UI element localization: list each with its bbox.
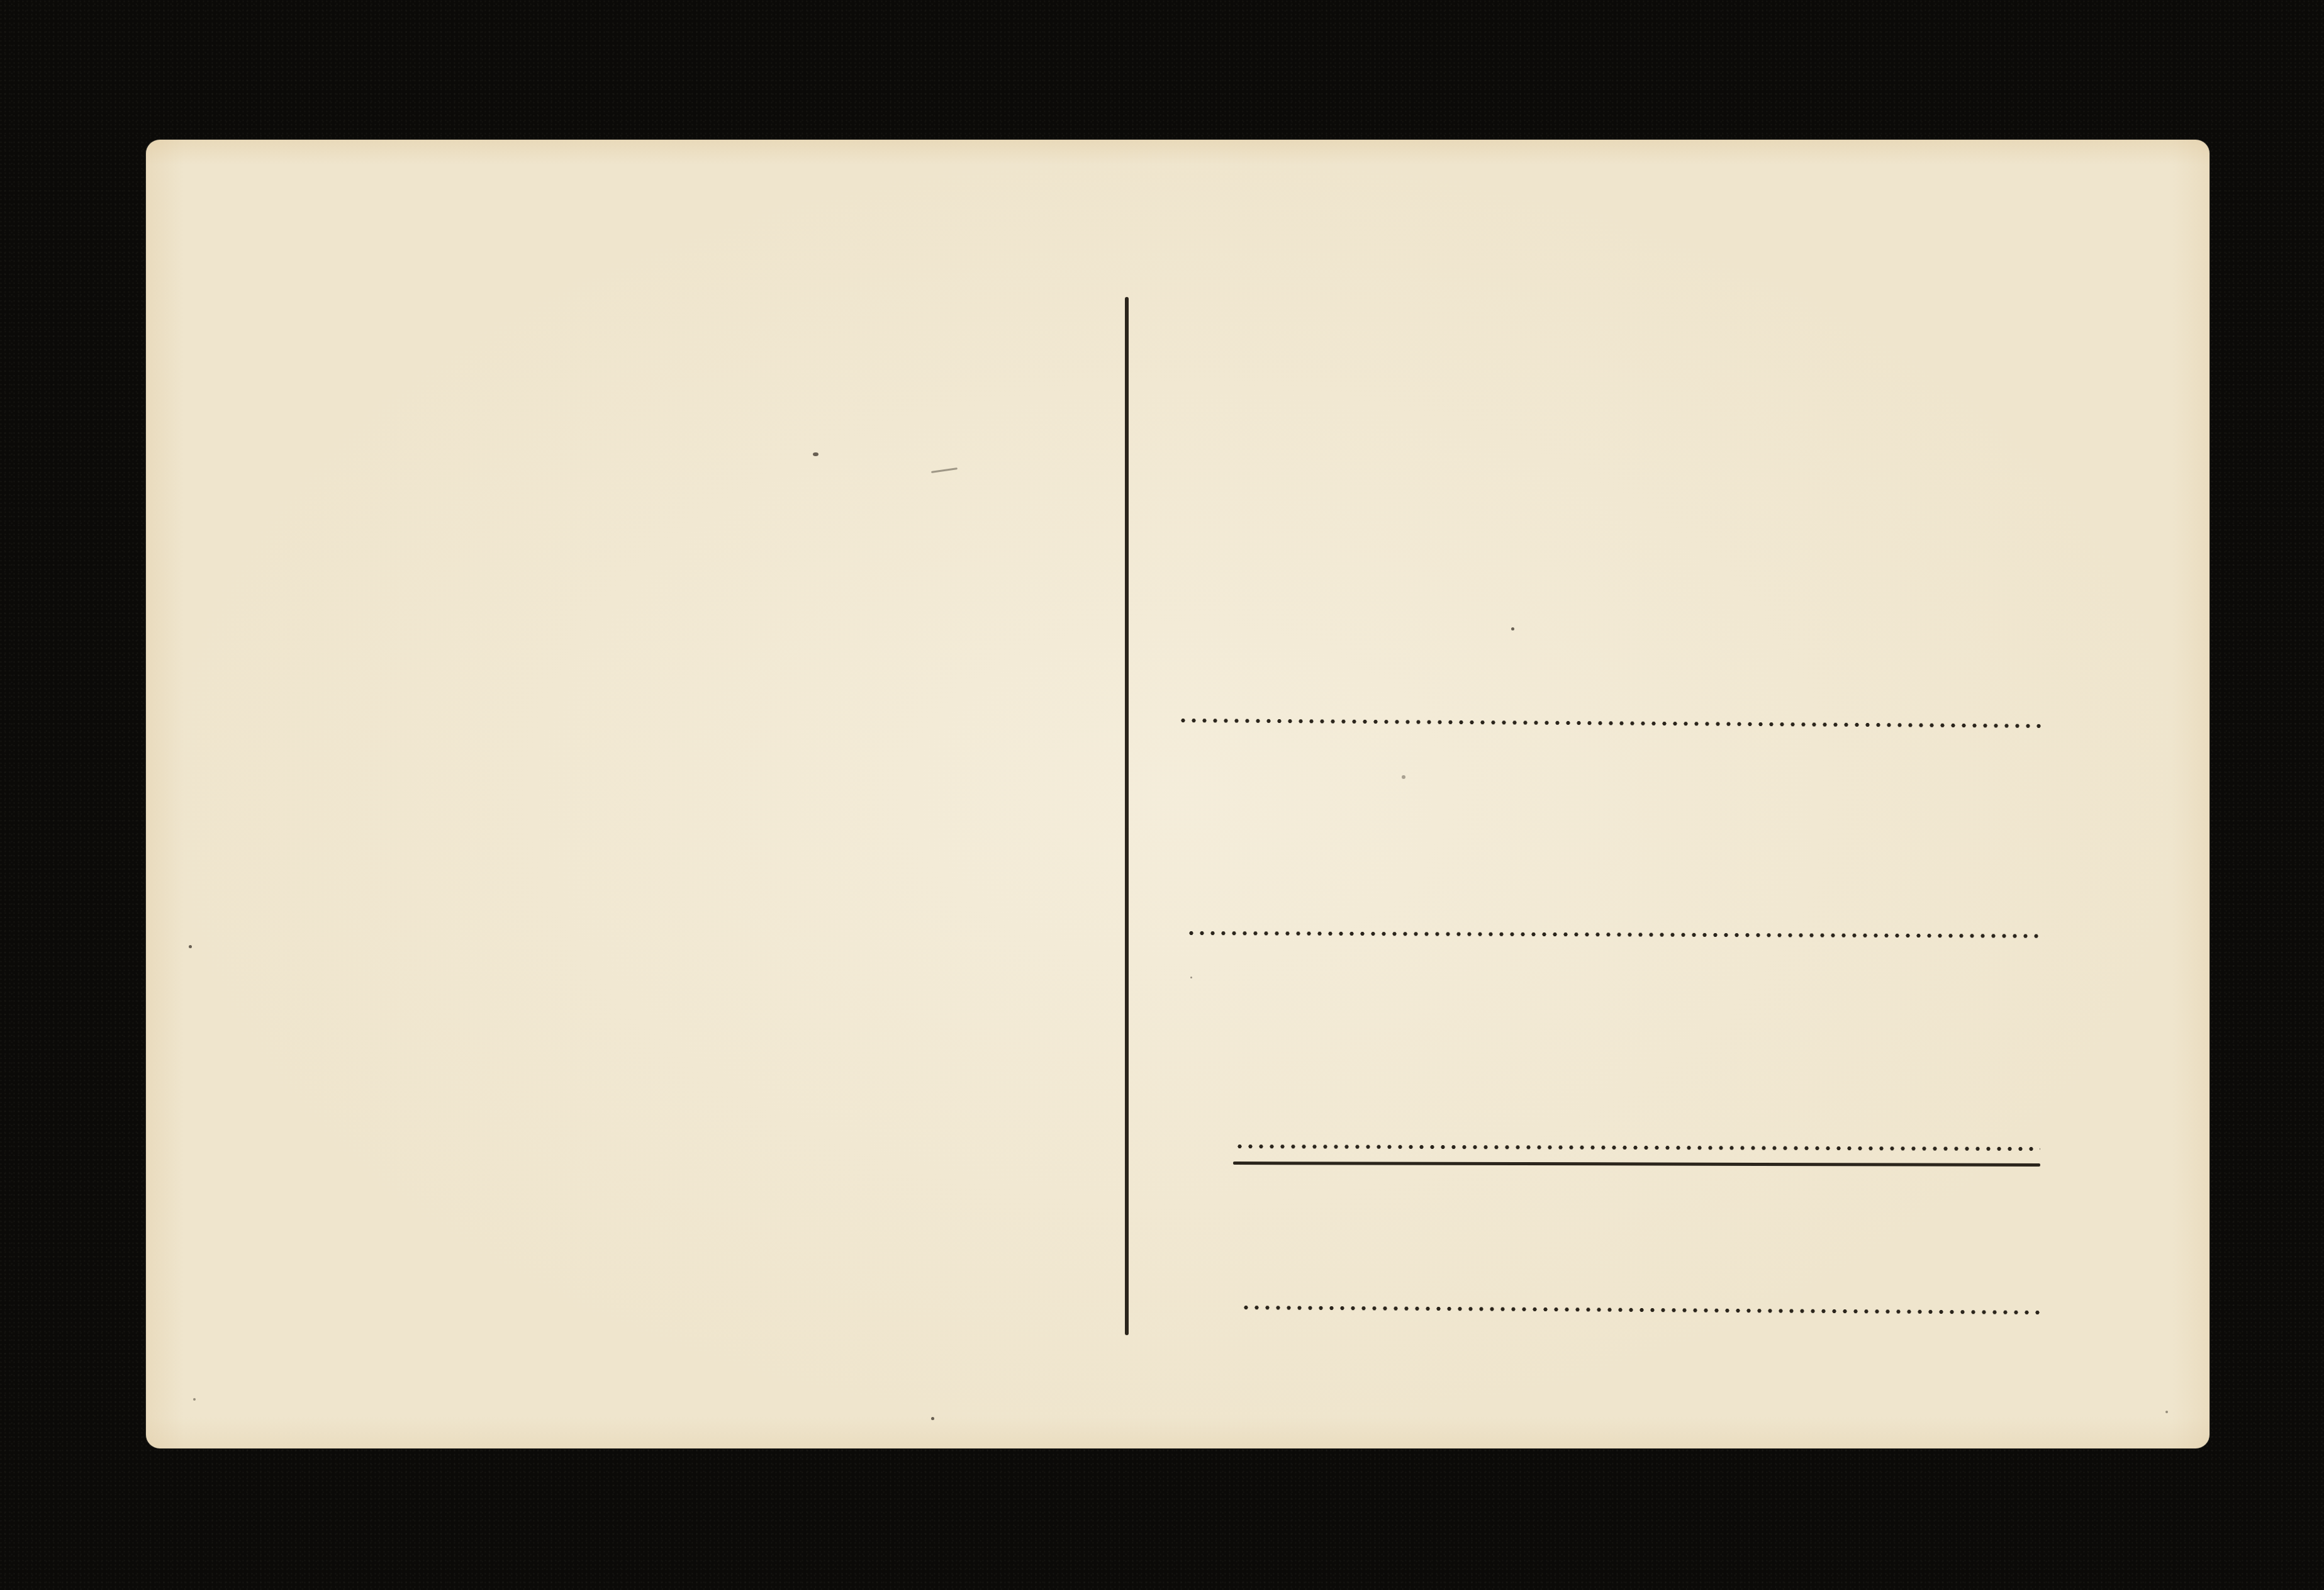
center-divider-lower	[1125, 828, 1129, 1335]
address-line-3	[1234, 1145, 2040, 1151]
paper-speck	[1511, 627, 1514, 630]
address-line-3-underline	[1233, 1162, 2040, 1167]
paper-speck	[189, 945, 192, 948]
postcard-back	[146, 140, 2209, 1448]
address-line-2	[1186, 931, 2045, 938]
paper-speck	[931, 1417, 934, 1420]
message-area	[146, 140, 1121, 1448]
paper-speck	[193, 1398, 196, 1401]
paper-speck	[813, 452, 818, 456]
paper-speck	[1402, 775, 1405, 779]
address-line-1	[1178, 719, 2046, 728]
paper-speck	[2165, 1411, 2168, 1413]
paper-speck	[1190, 977, 1192, 978]
address-line-4	[1241, 1306, 2040, 1314]
